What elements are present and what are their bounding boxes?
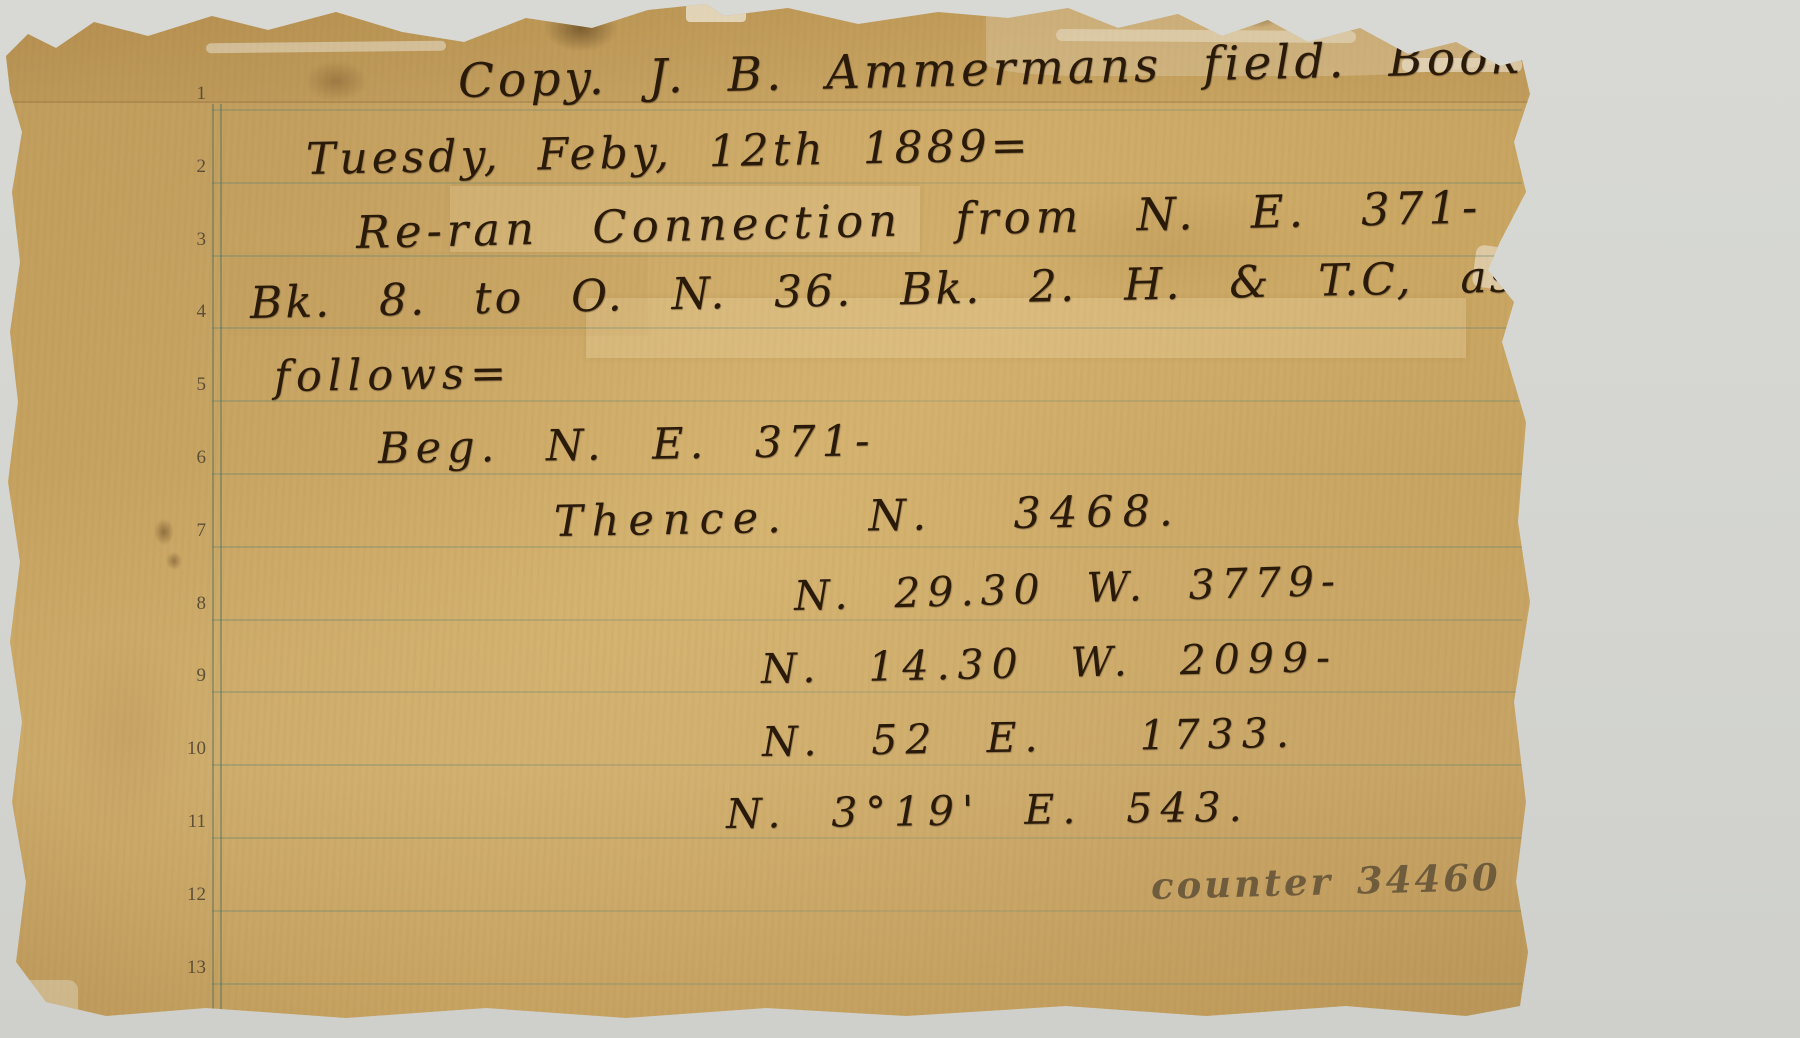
tear-highlight: [206, 41, 446, 54]
handwriting-bearing-line: N. 52 E. 1733.: [762, 709, 1298, 766]
line-number: 2: [174, 156, 206, 178]
ink-stain: [304, 60, 368, 102]
scanned-document-page: 12345678910111213 Copy. J. B. Ammermans …: [0, 0, 1800, 1038]
field-book-paper: 12345678910111213 Copy. J. B. Ammermans …: [6, 4, 1534, 1030]
line-number: 5: [174, 374, 206, 396]
handwriting-line: follows=: [274, 349, 513, 402]
torn-corner-bottom-left: [6, 980, 78, 1028]
ink-stain: [544, 4, 618, 52]
ruled-line: [212, 983, 1522, 985]
handwriting-date-line: Tuesdy, Feby, 12th 1889=: [306, 120, 1032, 185]
counter-annotation: counter 34460: [1150, 855, 1501, 908]
handwriting-line: Re-ran Connection from N. E. 371-: [355, 180, 1482, 259]
ruled-line: [212, 837, 1522, 839]
handwriting-bearing-line: N. 3°19' E. 543.: [726, 783, 1250, 838]
handwriting-bearing-line: N. 29.30 W. 3779-: [793, 557, 1342, 620]
line-number: 10: [174, 738, 206, 760]
handwriting-bearing-line: Thence. N. 3468.: [554, 486, 1182, 547]
tear-highlight: [686, 4, 746, 22]
ruled-line: [212, 546, 1522, 548]
handwriting-bearing-line: N. 14.30 W. 2099-: [760, 633, 1338, 693]
line-number: 1: [174, 83, 206, 105]
ink-stain: [154, 519, 174, 545]
ruled-line: [212, 764, 1522, 766]
water-stain: [61, 624, 191, 844]
ruled-line: [212, 619, 1522, 621]
handwriting-title-line: Copy. J. B. Ammermans field. Book: [457, 30, 1524, 109]
ruled-line: [212, 327, 1522, 329]
line-number: 7: [174, 520, 206, 542]
ink-stain: [1239, 4, 1281, 28]
ruled-line: [212, 691, 1522, 693]
margin-vertical-rule: [212, 104, 214, 1028]
line-number: 3: [174, 229, 206, 251]
line-number: 11: [174, 811, 206, 833]
line-number: 4: [174, 301, 206, 323]
line-number: 12: [174, 884, 206, 906]
line-number: 9: [174, 665, 206, 687]
line-number: 13: [174, 957, 206, 979]
ink-stain: [166, 552, 182, 570]
line-number: 6: [174, 447, 206, 469]
handwriting-line: Bk. 8. to O. N. 36. Bk. 2. H. & T.C, as: [249, 252, 1515, 329]
margin-vertical-rule: [220, 104, 222, 1028]
handwriting-line: Beg. N. E. 371-: [378, 416, 876, 474]
ruled-line: [212, 109, 1522, 111]
ruled-line: [212, 400, 1522, 402]
ruled-line: [212, 910, 1522, 912]
line-number: 8: [174, 593, 206, 615]
